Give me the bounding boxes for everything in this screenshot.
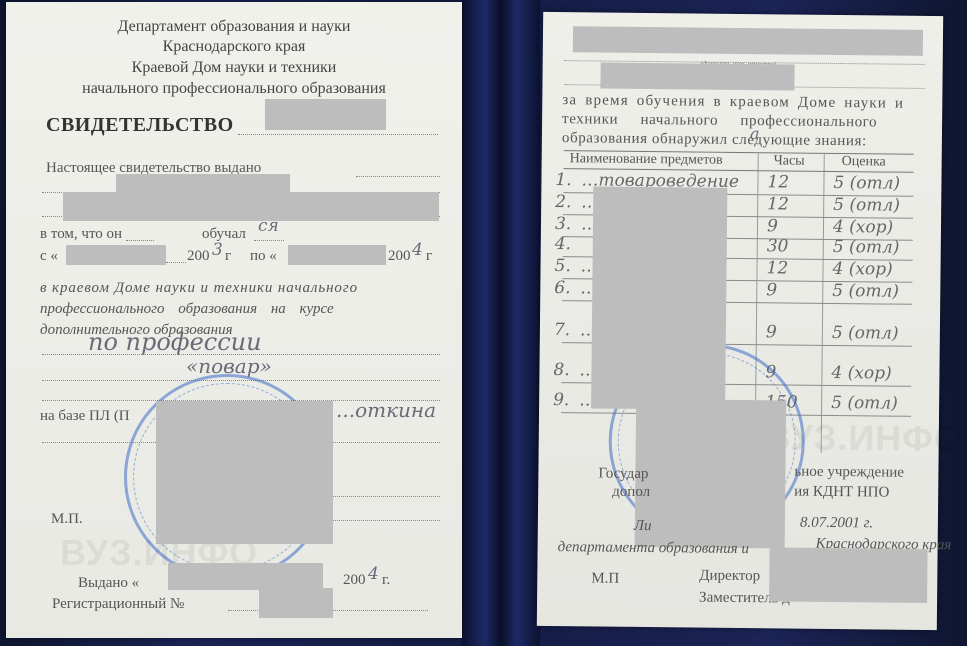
redacted-issue-date [168,563,323,590]
dotted-line [254,240,284,241]
row-number: 5. [554,256,570,276]
row-hours: 12 [766,258,788,278]
studied-suffix-handwritten: ся [258,216,279,236]
director-label: Директор [699,568,760,586]
from-year-handwritten: 3 [212,240,223,260]
row-grade: 4 (хор) [832,259,892,280]
issued-year-suffix: г. [382,572,390,589]
row-hours: 12 [767,194,789,214]
header-line-3: Краевой Дом науки и техники [6,59,462,77]
row-grade: 4 (хор) [831,363,891,384]
redacted-name [63,192,439,221]
issued-year-handwritten: 4 [368,564,379,584]
mp-label: М.П. [51,511,83,528]
watermark-text: ВУЗ.ИНФО [765,416,964,460]
row-number: 8. [553,360,569,380]
folder-spine [462,0,540,646]
dotted-line [166,262,186,263]
issued-label: Выдано « [78,575,139,592]
license-left: Ли [634,518,652,535]
row-grade: 5 (отл) [832,281,899,302]
to-year-prefix: 200 [388,248,411,265]
intro-line-2: техники начального профессионального [562,111,877,131]
row-number: 7. [554,320,570,340]
redacted-end-date [288,245,386,265]
row-hours: 9 [766,280,777,300]
row-number: 4. [555,234,571,254]
table-header-hours: Часы [774,153,805,169]
department-left: департамента образования и [558,539,749,558]
institution-line1-left: Государ [598,466,648,484]
intro-line-3: образования обнаружил следующие знания: [562,130,867,150]
row-number: 1. [555,170,571,190]
course-text-line-1: в краевом Доме науки и техники начальног… [40,280,358,297]
from-year-prefix: 200 [187,248,210,265]
title-number-line [238,134,438,135]
dotted-line [326,496,440,497]
institution-line1-right: ьное учреждение [794,464,904,482]
certificate-title: СВИДЕТЕЛЬСТВО [46,114,234,137]
redacted-student-name [573,26,923,56]
in-that-label: в том, что он [40,226,122,243]
course-handwritten-line-1: по профессии [88,328,262,356]
institution-line2-right: ия КДНТ НПО [794,484,889,502]
row-number: 2. [555,192,571,212]
dotted-line [356,176,440,177]
table-header-grade: Оценка [842,154,886,170]
from-label: с « [40,248,58,265]
row-grade: 5 (отл) [833,173,900,194]
redacted-institution [635,399,787,549]
dotted-line [326,520,440,521]
row-number: 3. [555,214,571,234]
certificate-left-page: Департамент образования и науки Краснода… [6,2,462,638]
mp-label-right: М.П [591,570,619,587]
row-hours: 9 [767,216,778,236]
redacted-registration-number [259,588,333,618]
table-header-subject: Наименование предметов [570,151,723,169]
header-line-4: начального профессионального образования [6,80,462,98]
institution-line2-left: допол [612,484,650,501]
intro-line-1: за время обучения в краевом Доме науки и [562,92,904,113]
course-text-line-2: профессионального образования на курсе [40,301,334,318]
header-line-2: Краснодарского края [6,38,462,56]
certificate-right-page: (фамилия, имя, отчество) за время обучен… [537,12,943,630]
redacted-subjects [591,186,727,409]
row-number: 9. [553,390,569,410]
row-grade: 5 (отл) [832,323,899,344]
header-line-1: Департамент образования и науки [6,18,462,36]
redacted-start-date [66,245,166,265]
to-year-handwritten: 4 [412,240,423,260]
registration-label: Регистрационный № [52,596,184,613]
row-hours: 12 [767,172,789,192]
to-label: по « [250,248,277,265]
license-date: 8.07.2001 г. [800,515,873,533]
base-handwritten: ...откина [336,398,436,422]
from-year-suffix: г [225,248,231,265]
row-grade: 5 (отл) [833,237,900,258]
redacted-student-name-2 [600,63,794,91]
row-hours: 30 [767,236,789,256]
row-grade: 4 (хор) [833,217,893,238]
redacted-stamp-area [156,401,333,544]
dotted-line [126,240,154,241]
intro-handwritten: а [750,124,760,143]
issued-year-prefix: 200 [343,572,366,589]
studied-label: обучал [202,226,246,243]
row-grade: 5 (отл) [831,393,898,414]
row-hours: 9 [766,322,777,342]
redacted-certificate-number [265,99,386,130]
base-label: на базе ПЛ (П [40,408,130,425]
redacted-name [116,174,290,194]
to-year-suffix: г [426,248,432,265]
row-number: 6. [554,278,570,298]
redacted-signatures [769,547,928,603]
row-grade: 5 (отл) [833,195,900,216]
